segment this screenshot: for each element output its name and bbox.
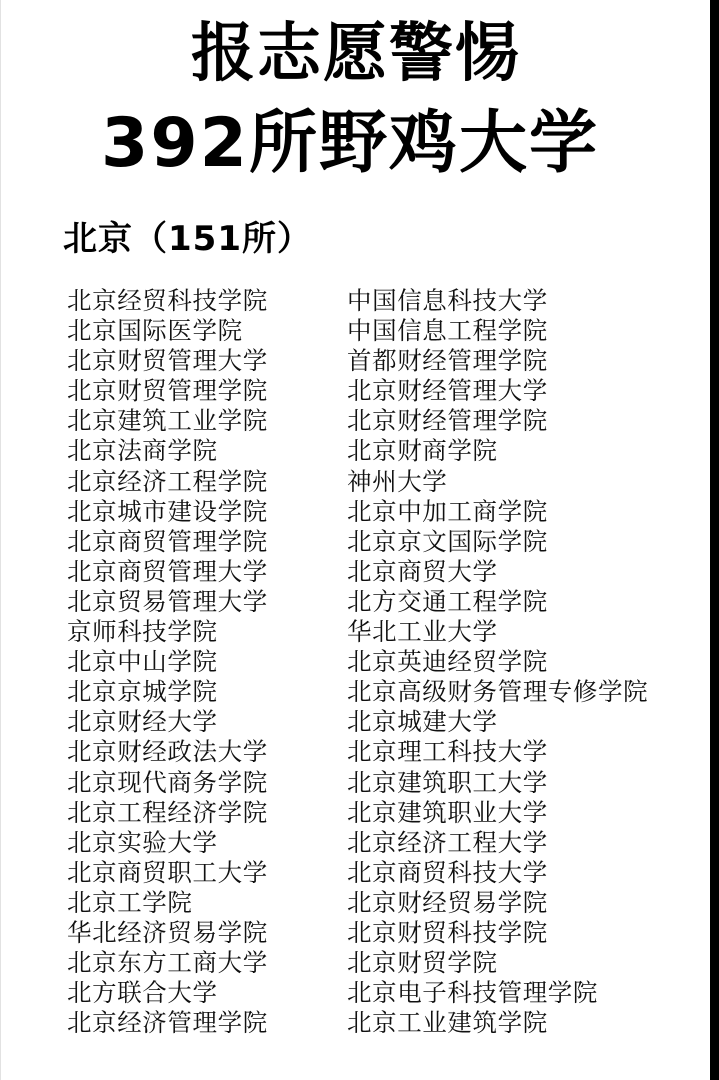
- list-item: 北京城市建设学院: [67, 497, 268, 527]
- list-item: 北京财经大学: [67, 707, 268, 737]
- list-item: 北京理工科技大学: [347, 737, 648, 767]
- list-item: 北京财经贸易学院: [347, 888, 648, 918]
- list-item: 北京高级财务管理专修学院: [347, 677, 648, 707]
- school-list-right-column: 中国信息科技大学 中国信息工程学院 首都财经管理学院 北京财经管理大学 北京财经…: [347, 286, 648, 1038]
- list-item: 北京京文国际学院: [347, 527, 648, 557]
- list-item: 京师科技学院: [67, 617, 268, 647]
- list-item: 北方交通工程学院: [347, 587, 648, 617]
- poster-page: 报志愿警惕 392所野鸡大学 北京（151所） 北京经贸科技学院 北京国际医学院…: [0, 0, 710, 1080]
- list-item: 北京经济工程大学: [347, 828, 648, 858]
- list-item: 北京法商学院: [67, 436, 268, 466]
- section-heading-beijing: 北京（151所）: [63, 214, 312, 264]
- list-item: 北京商贸管理学院: [67, 527, 268, 557]
- list-item: 华北经济贸易学院: [67, 918, 268, 948]
- title-line-1: 报志愿警惕: [1, 14, 711, 94]
- list-item: 北京工学院: [67, 888, 268, 918]
- list-item: 北京中加工商学院: [347, 497, 648, 527]
- list-item: 中国信息科技大学: [347, 286, 648, 316]
- list-item: 北京财贸管理学院: [67, 376, 268, 406]
- list-item: 首都财经管理学院: [347, 346, 648, 376]
- list-item: 北京国际医学院: [67, 316, 268, 346]
- list-item: 北京商贸管理大学: [67, 557, 268, 587]
- right-edge-strip: [710, 0, 719, 1080]
- list-item: 北京工业建筑学院: [347, 1008, 648, 1038]
- list-item: 北京城建大学: [347, 707, 648, 737]
- list-item: 中国信息工程学院: [347, 316, 648, 346]
- list-item: 北京英迪经贸学院: [347, 647, 648, 677]
- list-item: 北京工程经济学院: [67, 798, 268, 828]
- list-item: 北方联合大学: [67, 978, 268, 1008]
- list-item: 华北工业大学: [347, 617, 648, 647]
- list-item: 北京财经管理大学: [347, 376, 648, 406]
- title-line-2: 392所野鸡大学: [0, 102, 705, 186]
- list-item: 北京商贸科技大学: [347, 858, 648, 888]
- list-item: 北京商贸大学: [347, 557, 648, 587]
- list-item: 北京财贸管理大学: [67, 346, 268, 376]
- list-item: 北京中山学院: [67, 647, 268, 677]
- list-item: 北京现代商务学院: [67, 768, 268, 798]
- list-item: 北京经济工程学院: [67, 467, 268, 497]
- list-item: 北京财商学院: [347, 436, 648, 466]
- school-list-left-column: 北京经贸科技学院 北京国际医学院 北京财贸管理大学 北京财贸管理学院 北京建筑工…: [67, 286, 268, 1038]
- list-item: 神州大学: [347, 467, 648, 497]
- list-item: 北京财贸学院: [347, 948, 648, 978]
- list-item: 北京建筑职业大学: [347, 798, 648, 828]
- list-item: 北京商贸职工大学: [67, 858, 268, 888]
- list-item: 北京建筑工业学院: [67, 406, 268, 436]
- list-item: 北京财经管理学院: [347, 406, 648, 436]
- list-item: 北京京城学院: [67, 677, 268, 707]
- list-item: 北京贸易管理大学: [67, 587, 268, 617]
- list-item: 北京财经政法大学: [67, 737, 268, 767]
- list-item: 北京实验大学: [67, 828, 268, 858]
- list-item: 北京建筑职工大学: [347, 768, 648, 798]
- list-item: 北京经济管理学院: [67, 1008, 268, 1038]
- list-item: 北京电子科技管理学院: [347, 978, 648, 1008]
- list-item: 北京东方工商大学: [67, 948, 268, 978]
- list-item: 北京财贸科技学院: [347, 918, 648, 948]
- list-item: 北京经贸科技学院: [67, 286, 268, 316]
